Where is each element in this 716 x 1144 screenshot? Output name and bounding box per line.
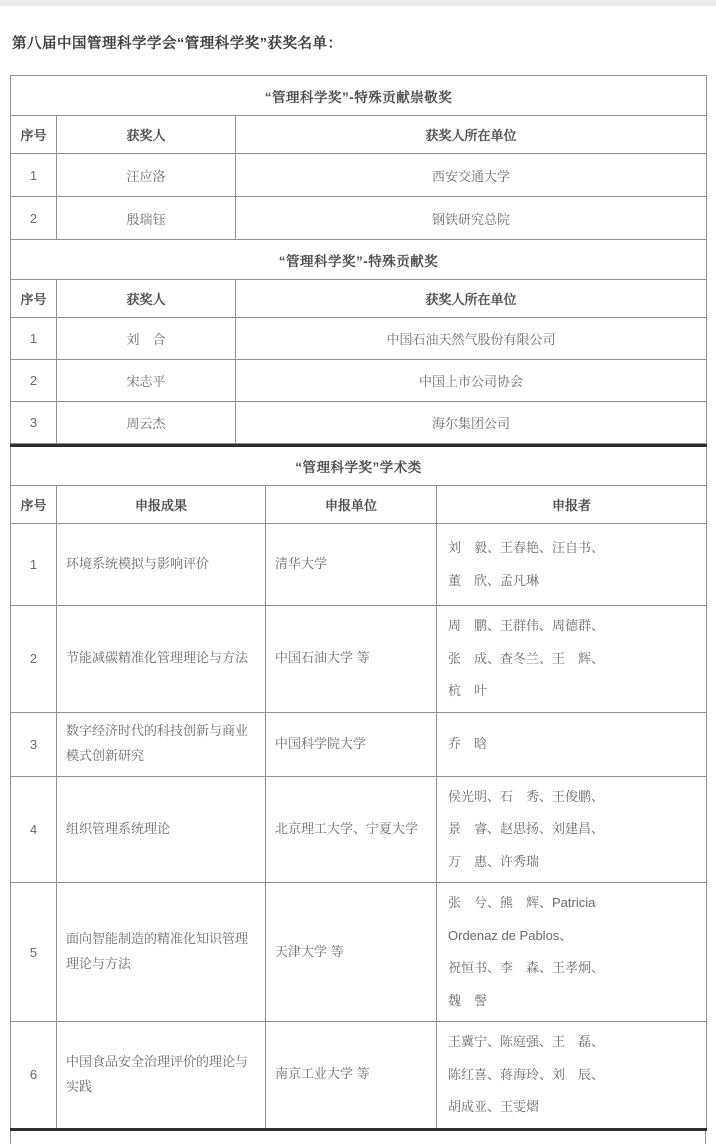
seq-cell: 5 bbox=[11, 883, 57, 1022]
table-row: 3 数字经济时代的科技创新与商业模式创新研究 中国科学院大学 乔 晗 bbox=[11, 712, 707, 776]
table-row: 4 组织管理系统理论 北京理工大学、宁夏大学 侯光明、石 秀、王俊鹏、 景 睿、… bbox=[11, 776, 707, 883]
seq-cell: 2 bbox=[11, 197, 57, 240]
column-header-applicants: 申报者 bbox=[437, 486, 707, 524]
column-header-seq: 序号 bbox=[11, 280, 57, 318]
seq-cell: 3 bbox=[11, 402, 57, 444]
org-cell: 钢铁研究总院 bbox=[236, 197, 707, 240]
achievement-cell: 中国食品安全治理评价的理论与实践 bbox=[57, 1022, 266, 1130]
unit-cell: 清华大学 bbox=[266, 524, 437, 606]
org-cell: 海尔集团公司 bbox=[236, 402, 707, 444]
column-header-org: 获奖人所在单位 bbox=[236, 280, 707, 318]
section-header: “管理科学奖”学术类 bbox=[11, 446, 707, 486]
award-list-page: 第八届中国管理科学学会“管理科学奖”获奖名单： “管理科学奖”-特殊贡献崇敬奖 … bbox=[0, 0, 716, 1144]
applicants-cell: 张 兮、熊 辉、Patricia Ordenaz de Pablos、 祝恒书、… bbox=[437, 883, 707, 1022]
winner-cell: 殷瑞钰 bbox=[57, 197, 236, 240]
achievement-cell: 环境系统模拟与影响评价 bbox=[57, 524, 266, 606]
achievement-cell: 面向智能制造的精准化知识管理理论与方法 bbox=[57, 883, 266, 1022]
unit-cell: 中国科学院大学 bbox=[266, 712, 437, 776]
table-row: 1 环境系统模拟与影响评价 清华大学 刘 毅、王春艳、汪自书、 董 欣、孟凡琳 bbox=[11, 524, 707, 606]
unit-cell: 天津大学 等 bbox=[266, 883, 437, 1022]
next-section-partial bbox=[10, 1131, 706, 1144]
unit-cell: 北京理工大学、宁夏大学 bbox=[266, 776, 437, 883]
column-header-achievement: 申报成果 bbox=[57, 486, 266, 524]
column-header-winner: 获奖人 bbox=[57, 280, 236, 318]
seq-cell: 6 bbox=[11, 1022, 57, 1130]
winner-cell: 汪应洛 bbox=[57, 154, 236, 197]
seq-cell: 4 bbox=[11, 776, 57, 883]
page-title: 第八届中国管理科学学会“管理科学奖”获奖名单： bbox=[12, 32, 343, 53]
seq-cell: 2 bbox=[11, 606, 57, 713]
column-header-unit: 申报单位 bbox=[266, 486, 437, 524]
academic-awards-table: “管理科学奖”学术类 序号 申报成果 申报单位 申报者 1 环境系统模拟与影响评… bbox=[10, 444, 707, 1131]
achievement-cell: 组织管理系统理论 bbox=[57, 776, 266, 883]
table-row: 2 殷瑞钰 钢铁研究总院 bbox=[11, 197, 707, 240]
org-cell: 中国石油天然气股份有限公司 bbox=[236, 318, 707, 360]
table-row: 1 汪应洛 西安交通大学 bbox=[11, 154, 707, 197]
unit-cell: 中国石油大学 等 bbox=[266, 606, 437, 713]
page-top-strip bbox=[0, 0, 716, 6]
section-header: “管理科学奖”-特殊贡献奖 bbox=[11, 240, 707, 280]
winner-cell: 刘 合 bbox=[57, 318, 236, 360]
achievement-cell: 节能减碳精准化管理理论与方法 bbox=[57, 606, 266, 713]
column-header-winner: 获奖人 bbox=[57, 116, 236, 154]
column-header-seq: 序号 bbox=[11, 116, 57, 154]
section-header: “管理科学奖”-特殊贡献崇敬奖 bbox=[11, 76, 707, 116]
achievement-cell: 数字经济时代的科技创新与商业模式创新研究 bbox=[57, 712, 266, 776]
unit-cell: 南京工业大学 等 bbox=[266, 1022, 437, 1130]
table-row: 5 面向智能制造的精准化知识管理理论与方法 天津大学 等 张 兮、熊 辉、Pat… bbox=[11, 883, 707, 1022]
seq-cell: 3 bbox=[11, 712, 57, 776]
applicants-cell: 乔 晗 bbox=[437, 712, 707, 776]
table-row: 3 周云杰 海尔集团公司 bbox=[11, 402, 707, 444]
special-awards-table: “管理科学奖”-特殊贡献崇敬奖 序号 获奖人 获奖人所在单位 1 汪应洛 西安交… bbox=[10, 75, 707, 444]
seq-cell: 2 bbox=[11, 360, 57, 402]
seq-cell: 1 bbox=[11, 318, 57, 360]
table-row: 2 节能减碳精准化管理理论与方法 中国石油大学 等 周 鹏、王群伟、周德群、 张… bbox=[11, 606, 707, 713]
applicants-cell: 侯光明、石 秀、王俊鹏、 景 睿、赵思扬、刘建昌、 万 惠、许秀瑞 bbox=[437, 776, 707, 883]
seq-cell: 1 bbox=[11, 154, 57, 197]
org-cell: 西安交通大学 bbox=[236, 154, 707, 197]
table-row: 6 中国食品安全治理评价的理论与实践 南京工业大学 等 王冀宁、陈庭强、王 磊、… bbox=[11, 1022, 707, 1130]
applicants-cell: 周 鹏、王群伟、周德群、 张 成、查冬兰、王 辉、 杭 叶 bbox=[437, 606, 707, 713]
table-row: 1 刘 合 中国石油天然气股份有限公司 bbox=[11, 318, 707, 360]
org-cell: 中国上市公司协会 bbox=[236, 360, 707, 402]
seq-cell: 1 bbox=[11, 524, 57, 606]
column-header-org: 获奖人所在单位 bbox=[236, 116, 707, 154]
winner-cell: 宋志平 bbox=[57, 360, 236, 402]
tables-container: “管理科学奖”-特殊贡献崇敬奖 序号 获奖人 获奖人所在单位 1 汪应洛 西安交… bbox=[10, 75, 706, 1144]
applicants-cell: 刘 毅、王春艳、汪自书、 董 欣、孟凡琳 bbox=[437, 524, 707, 606]
table-row: 2 宋志平 中国上市公司协会 bbox=[11, 360, 707, 402]
column-header-seq: 序号 bbox=[11, 486, 57, 524]
applicants-cell: 王冀宁、陈庭强、王 磊、 陈红喜、蒋海玲、刘 辰、 胡成亚、王雯熠 bbox=[437, 1022, 707, 1130]
winner-cell: 周云杰 bbox=[57, 402, 236, 444]
